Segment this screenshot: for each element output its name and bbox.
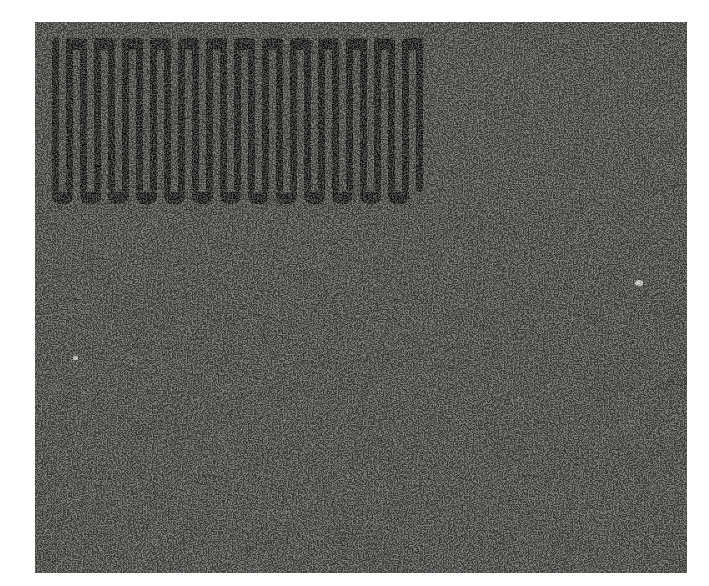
dust-speck [635,280,643,286]
micrograph-photo [35,22,687,573]
dust-speck [73,356,78,360]
speck-layer [35,22,687,573]
scanned-figure-page [0,0,709,586]
